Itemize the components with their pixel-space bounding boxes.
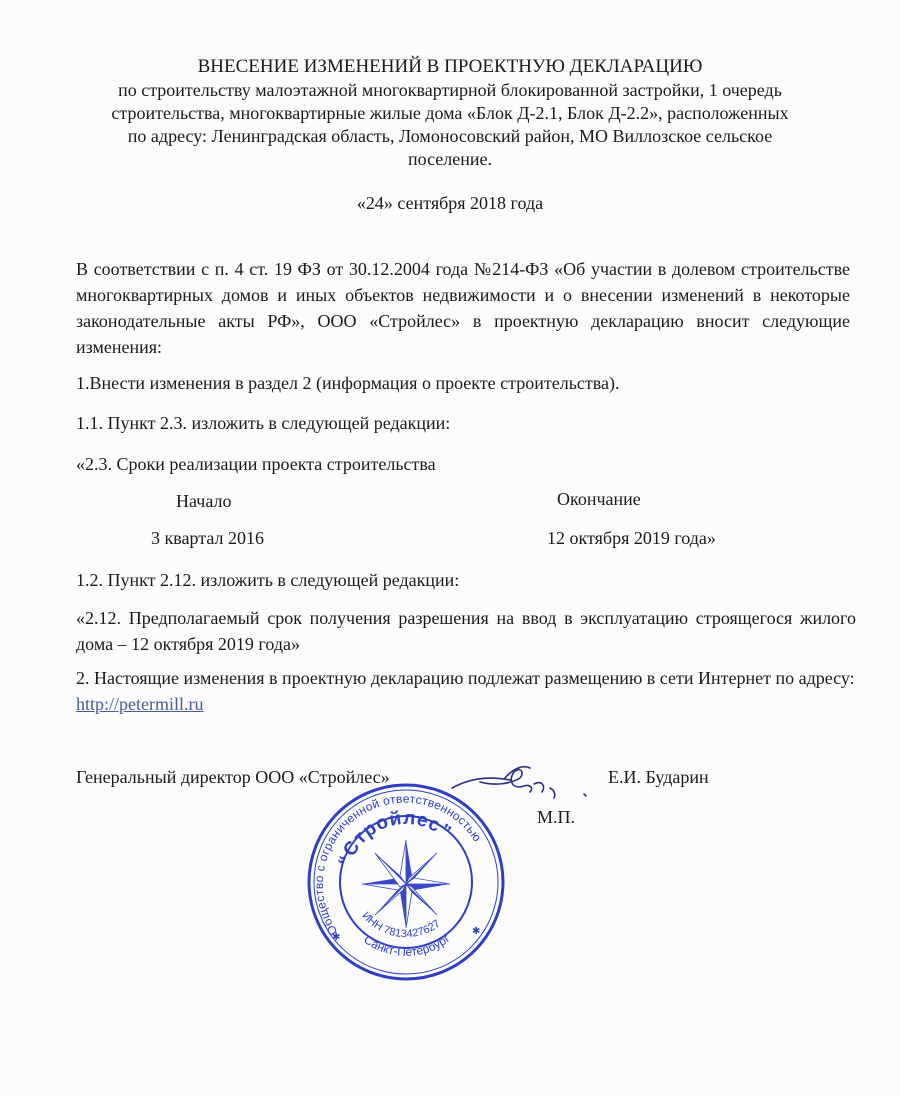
document-page: ВНЕСЕНИЕ ИЗМЕНЕНИЙ В ПРОЕКТНУЮ ДЕКЛАРАЦИ… (0, 0, 900, 1096)
signatory-name: Е.И. Бударин (608, 766, 709, 788)
timeline-start-label: Начало (176, 490, 231, 512)
item-2: 2. Настоящие изменения в проектную декла… (76, 665, 860, 717)
signature (450, 760, 600, 810)
compass-rose-icon (362, 840, 450, 928)
item-1-1: 1.1. Пункт 2.3. изложить в следующей ред… (76, 410, 856, 436)
item-2-3-heading: «2.3. Сроки реализации проекта строитель… (76, 451, 856, 477)
subtitle-line-4: поселение. (0, 148, 900, 170)
intro-paragraph: В соответствии с п. 4 ст. 19 ФЗ от 30.12… (76, 256, 850, 360)
subtitle-line-3: по адресу: Ленинградская область, Ломоно… (0, 125, 900, 147)
subtitle-line-1: по строительству малоэтажной многокварти… (0, 79, 900, 101)
subtitle-line-2: строительства, многоквартирные жилые дом… (0, 102, 900, 124)
document-date: «24» сентября 2018 года (0, 192, 900, 214)
item-2-12: «2.12. Предполагаемый срок получения раз… (76, 605, 856, 657)
document-title: ВНЕСЕНИЕ ИЗМЕНЕНИЙ В ПРОЕКТНУЮ ДЕКЛАРАЦИ… (0, 56, 900, 78)
timeline-start-value: 3 квартал 2016 (151, 527, 264, 549)
item-1: 1.Внести изменения в раздел 2 (информаци… (76, 370, 856, 396)
timeline-end-value: 12 октября 2019 года» (547, 527, 716, 549)
svg-text:✱: ✱ (332, 932, 340, 943)
company-stamp: Общество с ограниченной ответственностью… (306, 782, 506, 982)
svg-text:✱: ✱ (472, 926, 480, 937)
website-link[interactable]: http://petermill.ru (76, 694, 203, 714)
item-1-2: 1.2. Пункт 2.12. изложить в следующей ре… (76, 567, 856, 593)
item-2-text: 2. Настоящие изменения в проектную декла… (76, 668, 855, 688)
timeline-end-label: Окончание (557, 488, 641, 510)
